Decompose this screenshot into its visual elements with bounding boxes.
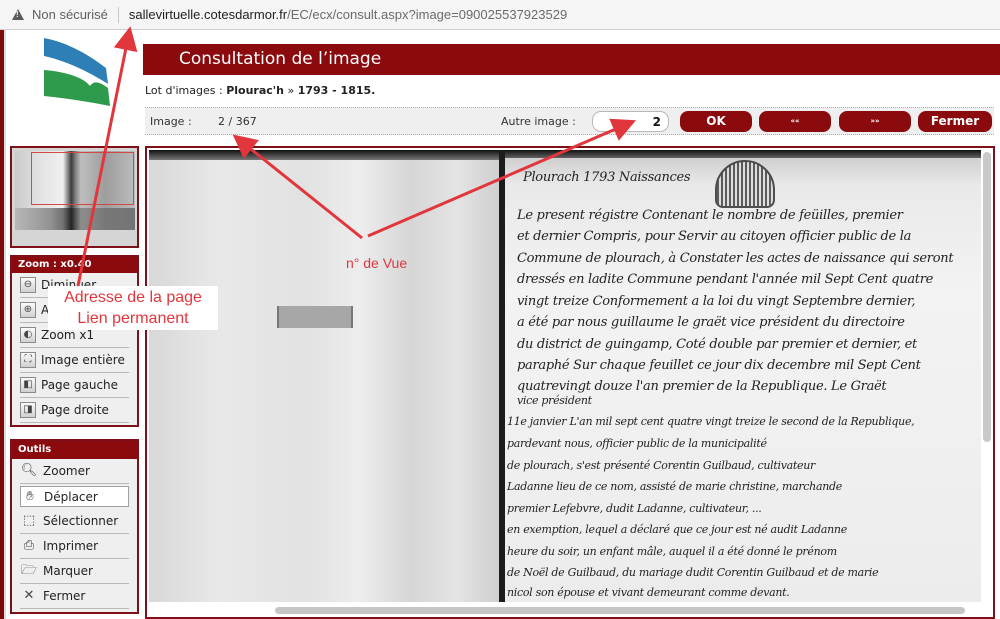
handwriting-line: Le present régistre Contenant le nombre … bbox=[517, 208, 903, 223]
handwriting-line: vingt treize Conformement a la loi du vi… bbox=[517, 294, 915, 309]
close-button[interactable]: Fermer bbox=[918, 111, 992, 132]
other-image-label: Autre image : bbox=[501, 115, 576, 128]
thumbnail-navigator[interactable] bbox=[10, 146, 139, 248]
right-page: Plourach 1793 Naissances Le present régi… bbox=[505, 158, 981, 602]
hand-icon: ✋︎ bbox=[21, 489, 39, 505]
tool-label: Marquer bbox=[43, 564, 93, 578]
tool-label: Imprimer bbox=[43, 539, 98, 553]
tool-selectionner[interactable]: ⬚Sélectionner bbox=[20, 509, 129, 534]
page-right-button[interactable]: ◨Page droite bbox=[20, 398, 129, 423]
tool-zoomer[interactable]: 🔍︎Zoomer bbox=[20, 459, 129, 484]
handwriting-line: a été par nous guillaume le graët vice p… bbox=[517, 315, 905, 330]
zoom-out-icon: ⊖ bbox=[20, 277, 36, 293]
warning-icon bbox=[12, 9, 24, 20]
tool-deplacer[interactable]: ✋︎Déplacer bbox=[20, 486, 129, 507]
handwriting-line: dressés en ladite Commune pendant l'anné… bbox=[517, 272, 933, 287]
annotation-view-number: n° de Vue bbox=[346, 255, 407, 271]
handwriting-line: en exemption, lequel a déclaré que ce jo… bbox=[507, 523, 847, 536]
vertical-scrollbar[interactable] bbox=[983, 152, 991, 442]
page-right-icon: ◨ bbox=[20, 402, 36, 418]
magnifier-icon: 🔍︎ bbox=[20, 463, 38, 479]
annotation-page-address: Adresse de la page Lien permanent bbox=[48, 286, 218, 330]
zoom-item-label: Image entière bbox=[41, 353, 125, 367]
fit-image-button[interactable]: ⛶Image entière bbox=[20, 348, 129, 373]
image-navigation-bar: Image : 2 / 367 Autre image : OK «« »» F… bbox=[145, 107, 994, 135]
previous-image-button[interactable]: «« bbox=[759, 111, 831, 132]
handwriting-line: premier Lefebvre, dudit Ladanne, cultiva… bbox=[507, 502, 762, 515]
zoom-in-icon: ⊕ bbox=[20, 302, 36, 318]
handwriting-line: heure du soir, un enfant mâle, auquel il… bbox=[507, 545, 837, 558]
folder-icon: 🗁 bbox=[20, 563, 38, 579]
annotation-line: Adresse de la page bbox=[48, 287, 218, 308]
divider bbox=[118, 7, 119, 23]
zoom-item-label: Page droite bbox=[41, 403, 109, 417]
zoom-item-label: Zoom x1 bbox=[41, 328, 94, 342]
selection-icon: ⬚ bbox=[20, 513, 38, 529]
handwriting-line: Ladanne lieu de ce nom, assisté de marie… bbox=[507, 480, 842, 493]
tape-mark bbox=[277, 306, 353, 328]
lot-years: 1793 - 1815. bbox=[298, 84, 376, 97]
tool-label: Zoomer bbox=[43, 464, 90, 478]
zoom-panel: Zoom : x0.40 ⊖Diminuer ⊕Augmenter ◐Zoom … bbox=[10, 255, 139, 427]
handwriting-line: quatrevingt douze l'an premier de la Rep… bbox=[517, 379, 886, 394]
page-title: Consultation de l’image bbox=[179, 49, 381, 69]
lot-label: Lot d'images : bbox=[145, 84, 226, 97]
cotes-darmor-logo bbox=[40, 32, 112, 107]
official-stamp bbox=[715, 160, 775, 208]
handwriting-line: paraphé Sur chaque feuillet ce jour dix … bbox=[517, 358, 921, 373]
other-image-input[interactable] bbox=[592, 111, 669, 132]
zoom-reset-icon: ◐ bbox=[20, 327, 36, 343]
handwriting-line: de Noël de Guilbaud, du mariage dudit Co… bbox=[507, 566, 878, 579]
left-border-strip-light bbox=[4, 30, 6, 619]
image-counter: 2 / 367 bbox=[218, 115, 257, 128]
tool-label: Déplacer bbox=[44, 490, 98, 504]
image-label: Image : bbox=[150, 115, 192, 128]
tool-label: Fermer bbox=[43, 589, 85, 603]
next-image-button[interactable]: »» bbox=[839, 111, 911, 132]
handwriting-line: pardevant nous, officier public de la mu… bbox=[507, 437, 767, 450]
scanned-register-image[interactable]: Plourach 1793 Naissances Le present régi… bbox=[149, 150, 981, 602]
lot-name: Plourac'h bbox=[226, 84, 284, 97]
lot-separator: » bbox=[284, 84, 298, 97]
ok-button[interactable]: OK bbox=[680, 111, 752, 132]
fit-image-icon: ⛶ bbox=[20, 352, 36, 368]
handwriting-line: vice président bbox=[517, 394, 592, 407]
handwriting-line: et dernier Compris, pour Servir au citoy… bbox=[517, 229, 911, 244]
handwriting-line: nicol son épouse et vivant demeurant com… bbox=[507, 586, 789, 599]
printer-icon: ⎙ bbox=[20, 538, 38, 554]
tool-imprimer[interactable]: ⎙Imprimer bbox=[20, 534, 129, 559]
tool-fermer[interactable]: ✕Fermer bbox=[20, 584, 129, 609]
horizontal-scrollbar[interactable] bbox=[275, 607, 965, 614]
security-label[interactable]: Non sécurisé bbox=[32, 7, 108, 22]
page-left-icon: ◧ bbox=[20, 377, 36, 393]
zoom-panel-title: Zoom : x0.40 bbox=[12, 257, 137, 273]
url-domain[interactable]: sallevirtuelle.cotesdarmor.fr bbox=[129, 7, 287, 22]
page-left-button[interactable]: ◧Page gauche bbox=[20, 373, 129, 398]
tools-panel: Outils 🔍︎Zoomer ✋︎Déplacer ⬚Sélectionner… bbox=[10, 439, 139, 614]
tools-panel-title: Outils bbox=[12, 441, 137, 459]
zoom-item-label: Page gauche bbox=[41, 378, 118, 392]
browser-address-bar[interactable]: Non sécurisé sallevirtuelle.cotesdarmor.… bbox=[0, 0, 1000, 30]
image-viewer[interactable]: Plourach 1793 Naissances Le present régi… bbox=[145, 146, 995, 619]
annotation-line: Lien permanent bbox=[48, 308, 218, 329]
handwriting-line: Commune de plourach, à Constater les act… bbox=[517, 251, 953, 266]
handwriting-line: du district de guingamp, Coté double par… bbox=[517, 337, 917, 352]
handwriting-line: de plourach, s'est présenté Corentin Gui… bbox=[507, 459, 815, 472]
thumbnail-viewport-rect[interactable] bbox=[31, 152, 134, 205]
handwriting-line: Plourach 1793 Naissances bbox=[523, 170, 690, 185]
close-icon: ✕ bbox=[20, 588, 38, 604]
left-page bbox=[149, 158, 499, 602]
tool-label: Sélectionner bbox=[43, 514, 118, 528]
url-path[interactable]: /EC/ecx/consult.aspx?image=0900255379235… bbox=[287, 7, 567, 22]
tool-marquer[interactable]: 🗁Marquer bbox=[20, 559, 129, 584]
page-header: Consultation de l’image bbox=[143, 44, 1000, 75]
handwriting-line: 11e janvier L'an mil sept cent quatre vi… bbox=[507, 415, 914, 428]
lot-info: Lot d'images : Plourac'h » 1793 - 1815. bbox=[145, 84, 375, 97]
